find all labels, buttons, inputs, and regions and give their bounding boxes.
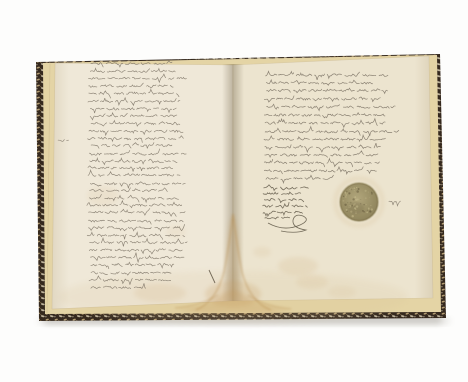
manuscript-photo-canvas	[0, 0, 468, 382]
manuscript-photograph	[0, 0, 468, 382]
wax-seal	[340, 183, 379, 222]
right-page-edge-shading	[360, 56, 433, 299]
left-page-edge-shading	[52, 63, 120, 309]
